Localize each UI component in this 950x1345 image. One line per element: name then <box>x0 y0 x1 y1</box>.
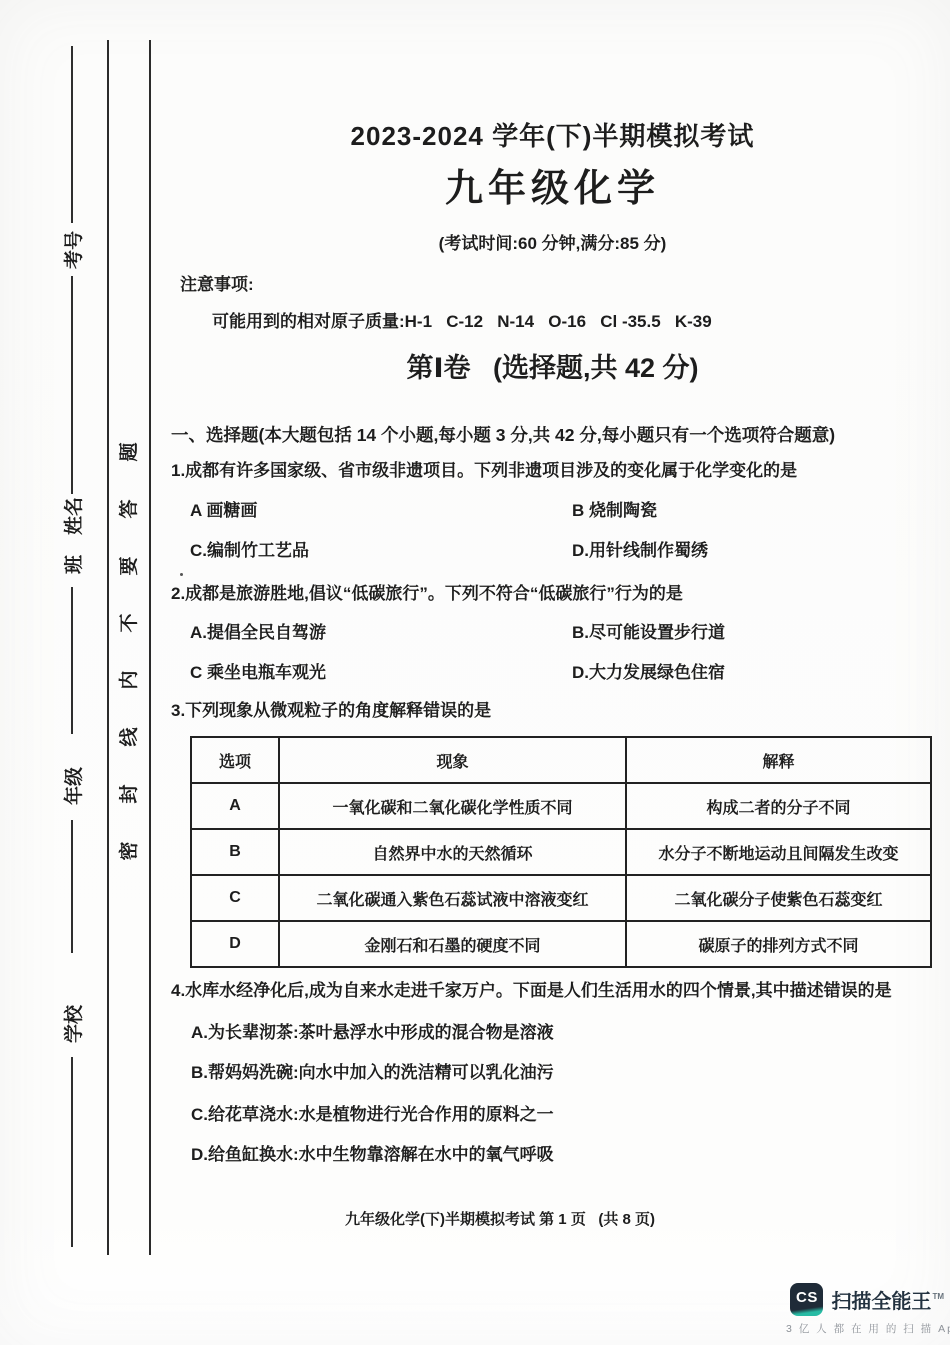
fill-line <box>71 1057 73 1247</box>
table-cell: 自然界中水的天然循环 <box>279 829 626 875</box>
fill-line <box>71 276 73 494</box>
q4-option-b: B.帮妈妈洗碗:向水中加入的洗洁精可以乳化油污 <box>191 1058 554 1083</box>
q3-col-explanation-header: 解释 <box>626 737 931 783</box>
exam-title: 2023-2024 学年(下)半期模拟考试 <box>170 116 935 153</box>
q2-option-b: B.尽可能设置步行道 <box>572 618 725 643</box>
q3-col-phenomenon-header: 现象 <box>279 737 626 783</box>
scanned-exam-page: 学校 年级 班 姓名 考号 密封线内不要答题 2023-2024 学年(下)半期… <box>0 0 950 1345</box>
table-cell: A <box>191 783 279 829</box>
table-cell: 水分子不断地运动且间隔发生改变 <box>626 829 931 875</box>
q3-stem: 3.下列现象从微观粒子的角度解释错误的是 <box>171 696 491 721</box>
seal-instruction-text: 密封线内不要答题 <box>114 405 141 891</box>
q4-option-a: A.为长辈沏茶:茶叶悬浮水中形成的混合物是溶液 <box>191 1018 554 1043</box>
fill-line <box>71 587 73 734</box>
field-grade-label: 年级 <box>59 767 86 805</box>
table-cell: D <box>191 921 279 967</box>
table-cell: 碳原子的排列方式不同 <box>626 921 931 967</box>
camscanner-brand-text: 扫描全能王 <box>831 1291 931 1313</box>
camscanner-watermark: CS 扫描全能王TM 3 亿 人 都 在 用 的 扫 描 App <box>786 1283 944 1336</box>
scan-artifact-dot <box>180 573 183 576</box>
section-title: 第Ⅰ卷 (选择题,共 42 分) <box>170 346 935 385</box>
camscanner-logo-icon: CS <box>790 1283 823 1316</box>
student-info-strip: 学校 年级 班 姓名 考号 <box>54 40 90 1255</box>
fill-line <box>71 820 73 953</box>
table-cell: B <box>191 829 279 875</box>
q3-table-row-a: A 一氧化碳和二氧化碳化学性质不同 构成二者的分子不同 <box>191 783 931 829</box>
exam-subject: 九年级化学 <box>170 157 935 212</box>
q1-option-d: D.用针线制作蜀绣 <box>572 536 708 561</box>
fill-line <box>71 46 73 223</box>
page-footer: 九年级化学(下)半期模拟考试 第 1 页 (共 8 页) <box>170 1208 830 1229</box>
q2-option-d: D.大力发展绿色住宿 <box>572 658 725 683</box>
field-class-label: 班 <box>59 555 86 574</box>
table-cell: 一氧化碳和二氧化碳化学性质不同 <box>279 783 626 829</box>
atomic-mass-line: 可能用到的相对原子质量:H-1 C-12 N-14 O-16 Cl -35.5 … <box>212 307 712 332</box>
table-cell: 金刚石和石墨的硬度不同 <box>279 921 626 967</box>
q3-table-row-d: D 金刚石和石墨的硬度不同 碳原子的排列方式不同 <box>191 921 931 967</box>
notice-label: 注意事项: <box>180 270 254 295</box>
q3-table: 选项 现象 解释 A 一氧化碳和二氧化碳化学性质不同 构成二者的分子不同 B 自… <box>190 736 932 968</box>
q4-stem: 4.水库水经净化后,成为自来水走进千家万户。下面是人们生活用水的四个情景,其中描… <box>171 976 892 1001</box>
table-cell: 构成二者的分子不同 <box>626 783 931 829</box>
camscanner-logo-text: CS <box>796 1289 818 1306</box>
q3-table-row-c: C 二氧化碳通入紫色石蕊试液中溶液变红 二氧化碳分子使紫色石蕊变红 <box>191 875 931 921</box>
q1-stem: 1.成都有许多国家级、省市级非遗项目。下列非遗项目涉及的变化属于化学变化的是 <box>171 456 797 481</box>
trademark-symbol: TM <box>932 1292 944 1301</box>
table-cell: 二氧化碳通入紫色石蕊试液中溶液变红 <box>279 875 626 921</box>
exam-time-score: (考试时间:60 分钟,满分:85 分) <box>170 229 935 254</box>
q1-option-a: A 画糖画 <box>190 496 257 521</box>
q3-col-option-header: 选项 <box>191 737 279 783</box>
camscanner-tagline: 3 亿 人 都 在 用 的 扫 描 App <box>786 1321 944 1336</box>
q2-option-a: A.提倡全民自驾游 <box>190 618 326 643</box>
field-examno-label: 考号 <box>59 231 86 269</box>
camscanner-brand: 扫描全能王TM <box>831 1285 944 1314</box>
q2-stem: 2.成都是旅游胜地,倡议“低碳旅行”。下列不符合“低碳旅行”行为的是 <box>171 579 683 604</box>
camscanner-watermark-row: CS 扫描全能王TM <box>786 1283 944 1316</box>
q4-option-d: D.给鱼缸换水:水中生物靠溶解在水中的氧气呼吸 <box>191 1140 554 1165</box>
table-cell: 二氧化碳分子使紫色石蕊变红 <box>626 875 931 921</box>
q3-table-row-b: B 自然界中水的天然循环 水分子不断地运动且间隔发生改变 <box>191 829 931 875</box>
q3-table-header-row: 选项 现象 解释 <box>191 737 931 783</box>
field-name-label: 姓名 <box>59 497 86 535</box>
seal-instruction-strip: 密封线内不要答题 <box>106 40 149 1255</box>
q2-option-c: C 乘坐电瓶车观光 <box>190 658 326 683</box>
table-cell: C <box>191 875 279 921</box>
section-intro: 一、选择题(本大题包括 14 个小题,每小题 3 分,共 42 分,每小题只有一… <box>171 422 835 447</box>
seal-border-line-right <box>149 40 151 1255</box>
field-school-label: 学校 <box>59 1005 86 1043</box>
q1-option-b: B 烧制陶瓷 <box>572 496 657 521</box>
q1-option-c: C.编制竹工艺品 <box>190 536 309 561</box>
q4-option-c: C.给花草浇水:水是植物进行光合作用的原料之一 <box>191 1100 554 1125</box>
